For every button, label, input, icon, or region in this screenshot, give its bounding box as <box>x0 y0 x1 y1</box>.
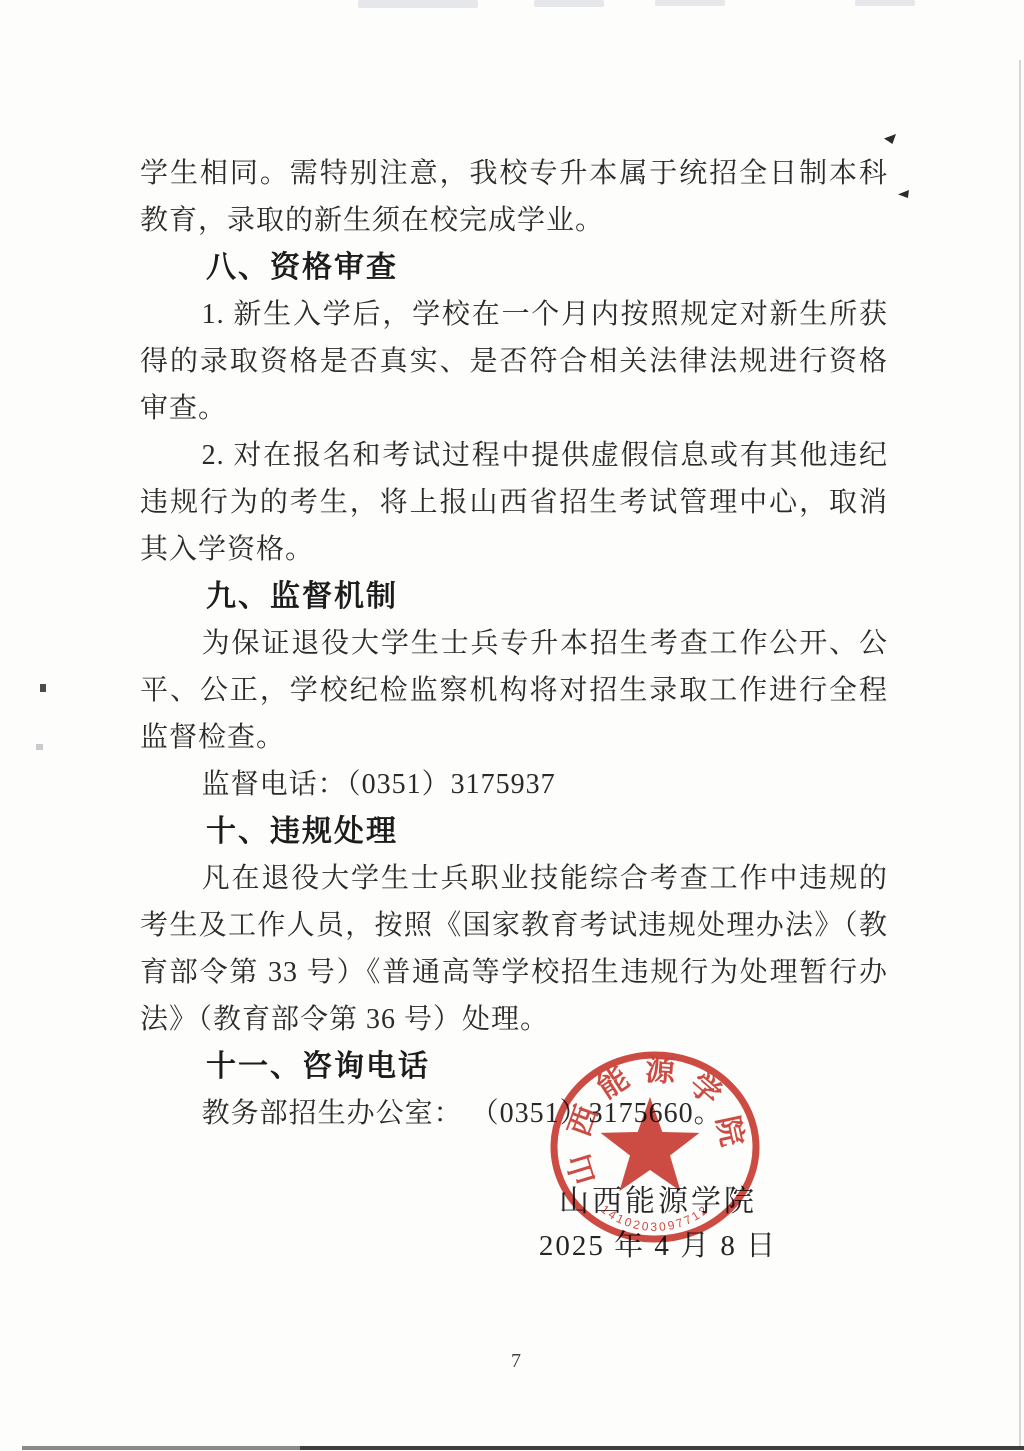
paragraph-supervision: 为保证退役大学生士兵专升本招生考查工作公开、公平、公正，学校纪检监察机构将对招生… <box>140 620 888 761</box>
scan-edge-bottom-dark <box>300 1446 1024 1450</box>
page-number: 7 <box>496 1350 536 1373</box>
scan-edge-bottom <box>22 1446 1024 1450</box>
paragraph-item-1: 1. 新生入学后，学校在一个月内按照规定对新生所获得的录取资格是否真实、是否符合… <box>140 291 888 432</box>
signature-block: 山西能源学院 2025 年 4 月 8 日 <box>498 1180 818 1268</box>
document-body: 学生相同。需特别注意，我校专升本属于统招全日制本科教育，录取的新生须在校完成学业… <box>140 150 888 1137</box>
scan-smudge-top-2 <box>534 0 604 7</box>
supervision-phone: 监督电话：（0351）3175937 <box>140 761 888 808</box>
scan-smudge-top-3 <box>655 0 725 6</box>
paragraph-violation: 凡在退役大学生士兵职业技能综合考查工作中违规的考生及工作人员，按照《国家教育考试… <box>140 855 888 1043</box>
ink-speck-2 <box>898 190 909 198</box>
inquiry-phone: 教务部招生办公室： （0351）3175660。 <box>140 1090 888 1137</box>
scan-smudge-top-1 <box>358 0 478 8</box>
section-heading-8: 八、资格审查 <box>140 244 888 291</box>
section-heading-9: 九、监督机制 <box>140 573 888 620</box>
section-heading-11: 十一、咨询电话 <box>140 1043 888 1090</box>
scan-edge-right <box>1019 60 1021 1448</box>
document-page: 学生相同。需特别注意，我校专升本属于统招全日制本科教育，录取的新生须在校完成学业… <box>0 0 1024 1451</box>
issuer-name: 山西能源学院 <box>498 1180 818 1224</box>
ink-speck-3 <box>40 684 46 692</box>
paragraph-item-2: 2. 对在报名和考试过程中提供虚假信息或有其他违纪违规行为的考生，将上报山西省招… <box>140 432 888 573</box>
ink-speck-1 <box>884 134 896 144</box>
paragraph-continuation: 学生相同。需特别注意，我校专升本属于统招全日制本科教育，录取的新生须在校完成学业… <box>140 150 888 244</box>
ink-speck-4 <box>36 744 43 750</box>
section-heading-10: 十、违规处理 <box>140 808 888 855</box>
issue-date: 2025 年 4 月 8 日 <box>498 1224 818 1268</box>
scan-smudge-top-4 <box>855 0 915 6</box>
